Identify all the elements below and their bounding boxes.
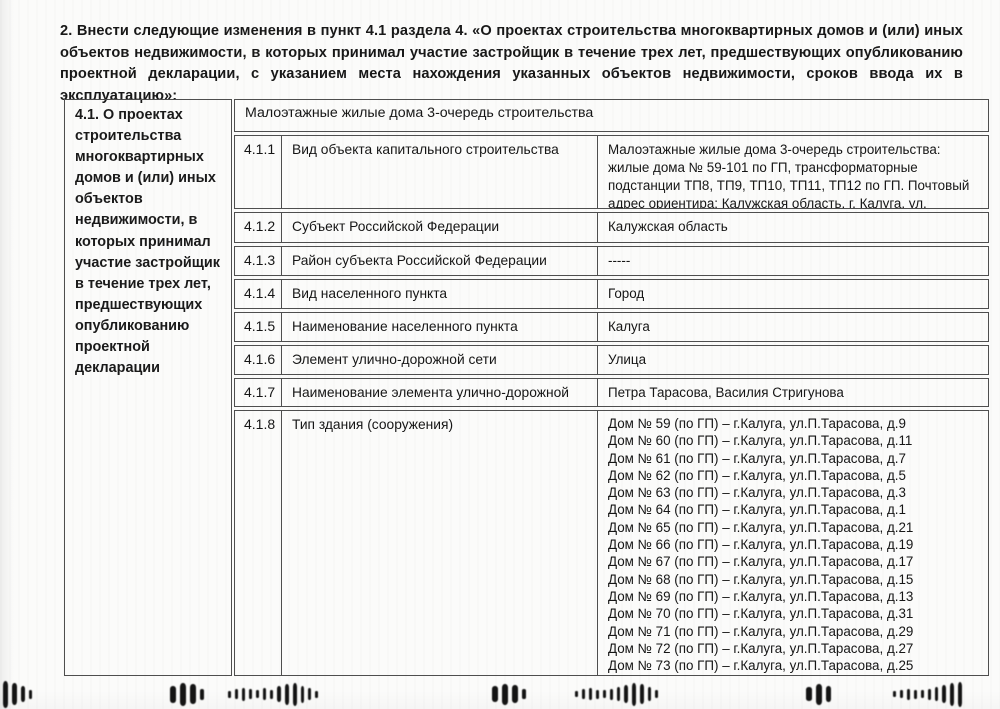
group-header-cell: Малоэтажные жилые дома 3-очередь строите… bbox=[234, 99, 989, 132]
row-label: Вид населенного пункта bbox=[282, 280, 598, 308]
row-label: Район субъекта Российской Федерации bbox=[282, 247, 598, 275]
noise-bar bbox=[242, 688, 245, 701]
row-value: Калужская область bbox=[598, 213, 988, 242]
noise-bar bbox=[492, 686, 498, 702]
noise-bar bbox=[648, 687, 651, 701]
noise-bar bbox=[596, 690, 599, 699]
noise-bar bbox=[293, 683, 297, 706]
noise-bar bbox=[950, 683, 954, 706]
table-row: 4.1.8Тип здания (сооружения)Дом № 59 (по… bbox=[234, 410, 989, 676]
noise-bar bbox=[935, 687, 938, 701]
noise-bar bbox=[263, 688, 266, 700]
noise-bar bbox=[632, 683, 636, 706]
noise-bar bbox=[655, 690, 658, 698]
section-label-cell: 4.1. О проектах строительства многокварт… bbox=[64, 99, 232, 676]
row-number: 4.1.4 bbox=[235, 280, 282, 308]
row-number: 4.1.6 bbox=[235, 346, 282, 374]
table-row: 4.1.5Наименование населенного пунктаКалу… bbox=[234, 312, 989, 342]
noise-cluster bbox=[893, 680, 962, 708]
table-row: 4.1.1Вид объекта капитального строительс… bbox=[234, 135, 989, 209]
noise-bar bbox=[228, 691, 231, 698]
house-address-line: Дом № 61 (по ГП) – г.Калуга, ул.П.Тарасо… bbox=[608, 450, 982, 467]
noise-bar bbox=[3, 681, 8, 708]
noise-bar bbox=[640, 684, 644, 704]
house-address-line: Дом № 65 (по ГП) – г.Калуга, ул.П.Тарасо… bbox=[608, 519, 982, 536]
noise-cluster bbox=[170, 680, 204, 708]
row-value: Малоэтажные жилые дома 3-очередь строите… bbox=[598, 136, 988, 208]
noise-cluster bbox=[492, 680, 526, 708]
house-address-line: Дом № 62 (по ГП) – г.Калуга, ул.П.Тарасо… bbox=[608, 467, 982, 484]
row-value: Дом № 59 (по ГП) – г.Калуга, ул.П.Тарасо… bbox=[598, 411, 988, 675]
row-number: 4.1.5 bbox=[235, 313, 282, 341]
noise-bar bbox=[277, 686, 281, 702]
house-address-line: Дом № 68 (по ГП) – г.Калуга, ул.П.Тарасо… bbox=[608, 571, 982, 588]
row-value: Калуга bbox=[598, 313, 988, 341]
table-row: 4.1.4Вид населенного пунктаГород bbox=[234, 279, 989, 309]
row-label: Наименование элемента улично-дорожной се… bbox=[282, 379, 598, 406]
noise-bar bbox=[256, 690, 259, 698]
row-value: ----- bbox=[598, 247, 988, 275]
house-address-line: Дом № 71 (по ГП) – г.Калуга, ул.П.Тарасо… bbox=[608, 623, 982, 640]
noise-cluster bbox=[0, 680, 32, 708]
noise-bar bbox=[190, 684, 196, 704]
noise-bar bbox=[235, 689, 238, 699]
noise-bar bbox=[921, 690, 924, 698]
noise-bar bbox=[603, 690, 606, 698]
noise-bar bbox=[270, 690, 273, 699]
noise-bar bbox=[610, 689, 613, 700]
scan-noise-band bbox=[0, 679, 1000, 709]
noise-bar bbox=[315, 691, 318, 698]
row-number: 4.1.2 bbox=[235, 213, 282, 242]
house-address-line: Дом № 66 (по ГП) – г.Калуга, ул.П.Тарасо… bbox=[608, 536, 982, 553]
row-number: 4.1.8 bbox=[235, 411, 282, 675]
house-address-line: Дом № 67 (по ГП) – г.Калуга, ул.П.Тарасо… bbox=[608, 553, 982, 570]
row-label: Тип здания (сооружения) bbox=[282, 411, 598, 675]
noise-cluster bbox=[806, 680, 831, 708]
scanned-document-page: 2. Внести следующие изменения в пункт 4.… bbox=[0, 0, 1000, 709]
house-address-line: Дом № 73 (по ГП) – г.Калуга, ул.П.Тарасо… bbox=[608, 657, 982, 674]
noise-bar bbox=[12, 683, 17, 705]
noise-bar bbox=[170, 686, 176, 703]
noise-bar bbox=[21, 686, 25, 702]
noise-bar bbox=[624, 685, 628, 703]
noise-bar bbox=[958, 682, 962, 707]
row-number: 4.1.7 bbox=[235, 379, 282, 406]
noise-bar bbox=[575, 691, 578, 697]
noise-bar bbox=[589, 688, 592, 700]
noise-bar bbox=[928, 689, 931, 700]
noise-bar bbox=[582, 689, 585, 699]
noise-bar bbox=[285, 684, 289, 705]
noise-cluster bbox=[575, 680, 658, 708]
noise-bar bbox=[249, 689, 252, 699]
noise-bar bbox=[301, 686, 304, 703]
noise-bar bbox=[308, 688, 311, 700]
row-value: Улица bbox=[598, 346, 988, 374]
noise-bar bbox=[893, 691, 896, 697]
house-address-line: Дом № 69 (по ГП) – г.Калуга, ул.П.Тарасо… bbox=[608, 588, 982, 605]
intro-paragraph: 2. Внести следующие изменения в пункт 4.… bbox=[60, 21, 963, 107]
row-label: Элемент улично-дорожной сети bbox=[282, 346, 598, 374]
noise-bar bbox=[826, 686, 831, 702]
noise-bar bbox=[617, 687, 620, 701]
row-number: 4.1.3 bbox=[235, 247, 282, 275]
noise-bar bbox=[180, 683, 186, 706]
noise-bar bbox=[900, 690, 903, 698]
table-row: 4.1.2Субъект Российской ФедерацииКалужск… bbox=[234, 212, 989, 243]
row-label: Вид объекта капитального строительства bbox=[282, 136, 598, 208]
construction-projects-table: 4.1. О проектах строительства многокварт… bbox=[64, 99, 989, 676]
rows-stack: Малоэтажные жилые дома 3-очередь строите… bbox=[234, 99, 989, 676]
noise-cluster bbox=[228, 680, 318, 708]
house-address-line: Дом № 60 (по ГП) – г.Калуга, ул.П.Тарасо… bbox=[608, 432, 982, 449]
table-row: 4.1.6Элемент улично-дорожной сетиУлица bbox=[234, 345, 989, 375]
noise-bar bbox=[914, 690, 917, 699]
noise-bar bbox=[942, 685, 946, 703]
noise-bar bbox=[907, 689, 910, 700]
house-address-line: Дом № 72 (по ГП) – г.Калуга, ул.П.Тарасо… bbox=[608, 640, 982, 657]
row-value: Петра Тарасова, Василия Стригунова bbox=[598, 379, 988, 406]
house-address-line: Дом № 64 (по ГП) – г.Калуга, ул.П.Тарасо… bbox=[608, 501, 982, 518]
noise-bar bbox=[806, 687, 812, 701]
row-value: Город bbox=[598, 280, 988, 308]
noise-bar bbox=[512, 685, 518, 703]
noise-bar bbox=[522, 689, 526, 699]
row-label: Субъект Российской Федерации bbox=[282, 213, 598, 242]
noise-bar bbox=[502, 684, 508, 705]
noise-bar bbox=[200, 689, 204, 700]
table-row: 4.1.7Наименование элемента улично-дорожн… bbox=[234, 378, 989, 407]
house-address-line: Дом № 70 (по ГП) – г.Калуга, ул.П.Тарасо… bbox=[608, 605, 982, 622]
row-label: Наименование населенного пункта bbox=[282, 313, 598, 341]
house-address-line: Дом № 63 (по ГП) – г.Калуга, ул.П.Тарасо… bbox=[608, 484, 982, 501]
house-address-line: Дом № 59 (по ГП) – г.Калуга, ул.П.Тарасо… bbox=[608, 415, 982, 432]
row-number: 4.1.1 bbox=[235, 136, 282, 208]
noise-bar bbox=[816, 684, 822, 705]
noise-bar bbox=[29, 690, 32, 699]
table-row: 4.1.3Район субъекта Российской Федерации… bbox=[234, 246, 989, 276]
